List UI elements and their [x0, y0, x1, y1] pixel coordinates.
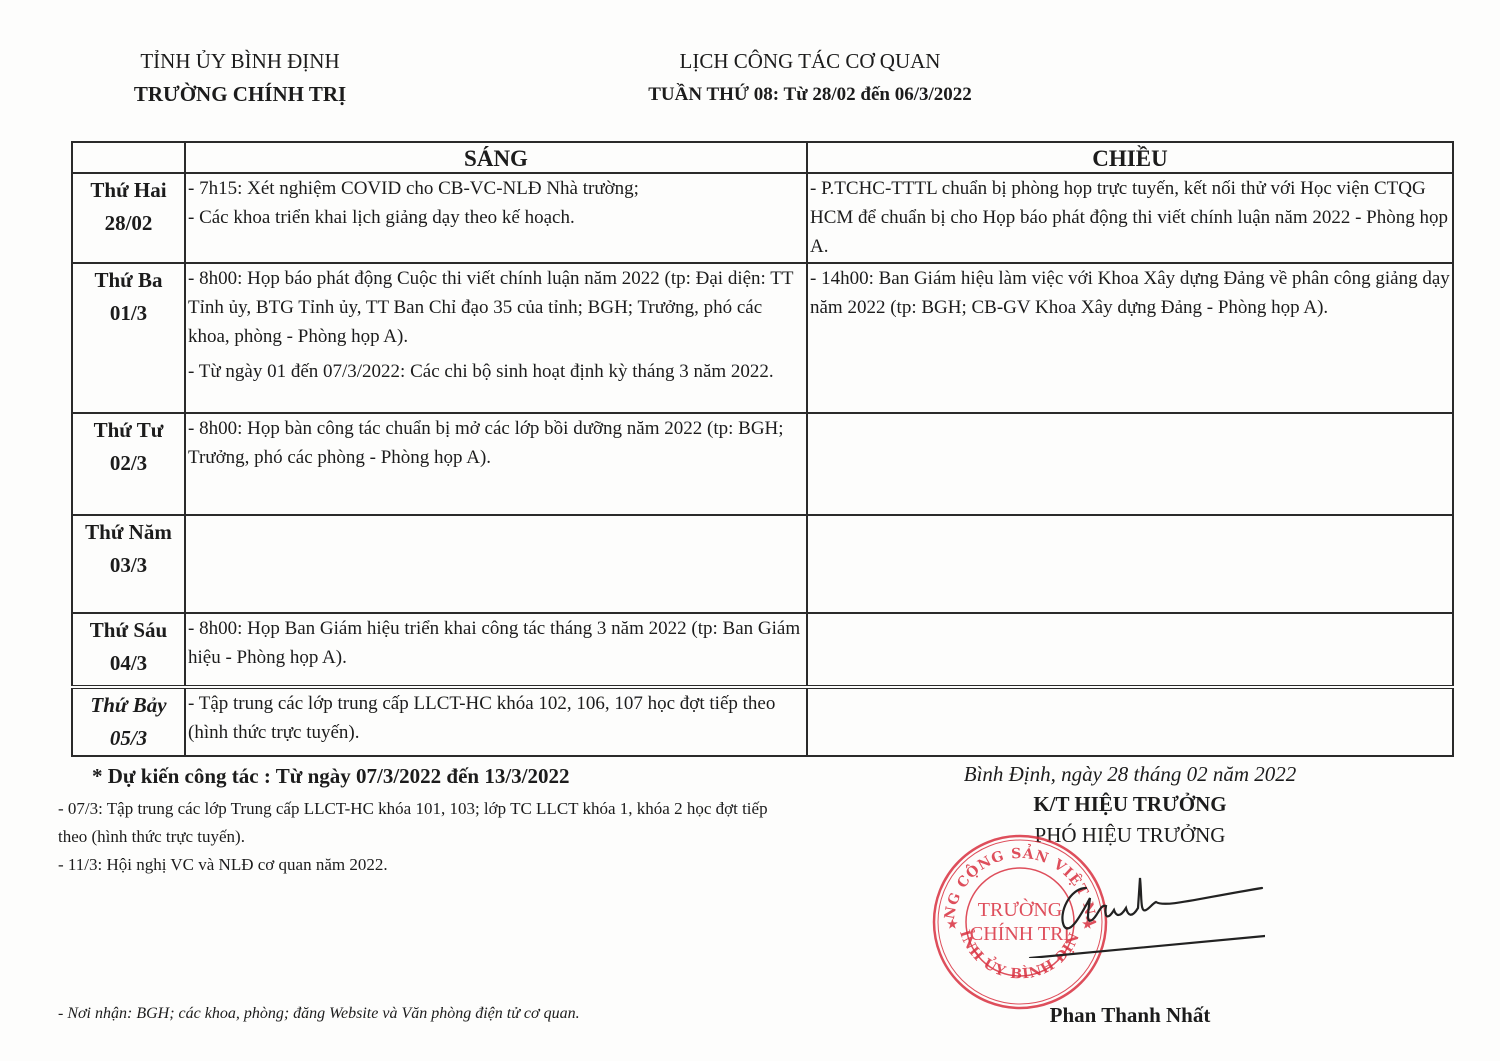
day-name: Thứ Năm — [75, 516, 182, 549]
day-date: 01/3 — [75, 297, 182, 330]
document-title-block: LỊCH CÔNG TÁC CƠ QUAN TUẦN THỨ 08: Từ 28… — [560, 45, 1060, 111]
table-row: Thứ Bảy05/3- Tập trung các lớp trung cấp… — [72, 687, 1453, 756]
morning-cell: - 7h15: Xét nghiệm COVID cho CB-VC-NLĐ N… — [185, 173, 807, 263]
day-cell: Thứ Ba01/3 — [72, 263, 185, 413]
document-subtitle: TUẦN THỨ 08: Từ 28/02 đến 06/3/2022 — [560, 78, 1060, 111]
day-name: Thứ Tư — [75, 414, 182, 447]
afternoon-cell: - P.TCHC-TTTL chuẩn bị phòng họp trực tu… — [807, 173, 1453, 263]
day-cell: Thứ Hai28/02 — [72, 173, 185, 263]
table-header-row: SÁNG CHIỀU — [72, 142, 1453, 173]
day-cell: Thứ Năm03/3 — [72, 515, 185, 613]
planned-work-list: - 07/3: Tập trung các lớp Trung cấp LLCT… — [58, 795, 798, 879]
day-name: Thứ Ba — [75, 264, 182, 297]
morning-cell — [185, 515, 807, 613]
day-cell: Thứ Sáu04/3 — [72, 613, 185, 687]
schedule-entry: - 8h00: Họp bàn công tác chuẩn bị mở các… — [188, 414, 804, 472]
afternoon-cell — [807, 613, 1453, 687]
morning-cell: - 8h00: Họp bàn công tác chuẩn bị mở các… — [185, 413, 807, 515]
svg-text:★: ★ — [947, 917, 958, 931]
table-row: Thứ Năm03/3 — [72, 515, 1453, 613]
planned-work-heading: * Dự kiến công tác : Từ ngày 07/3/2022 đ… — [92, 764, 570, 789]
day-date: 04/3 — [75, 647, 182, 680]
morning-cell: - Tập trung các lớp trung cấp LLCT-HC kh… — [185, 687, 807, 756]
table-row: Thứ Hai28/02- 7h15: Xét nghiệm COVID cho… — [72, 173, 1453, 263]
schedule-entry: - Từ ngày 01 đến 07/3/2022: Các chi bộ s… — [188, 357, 804, 386]
day-name: Thứ Bảy — [75, 689, 182, 722]
table-row: Thứ Tư02/3- 8h00: Họp bàn công tác chuẩn… — [72, 413, 1453, 515]
issuing-organization: TỈNH ỦY BÌNH ĐỊNH TRƯỜNG CHÍNH TRỊ — [90, 45, 390, 111]
schedule-entry: - 8h00: Họp Ban Giám hiệu triển khai côn… — [188, 614, 804, 672]
schedule-entry: - P.TCHC-TTTL chuẩn bị phòng họp trực tu… — [810, 174, 1450, 261]
afternoon-cell — [807, 413, 1453, 515]
table-row: Thứ Ba01/3- 8h00: Họp báo phát động Cuộc… — [72, 263, 1453, 413]
schedule-entry: - 14h00: Ban Giám hiệu làm việc với Khoa… — [810, 264, 1450, 322]
header-afternoon: CHIỀU — [807, 142, 1453, 173]
schedule-entry: - Các khoa triển khai lịch giảng dạy the… — [188, 203, 804, 232]
schedule-entry: - 8h00: Họp báo phát động Cuộc thi viết … — [188, 264, 804, 351]
day-name: Thứ Sáu — [75, 614, 182, 647]
day-name: Thứ Hai — [75, 174, 182, 207]
planned-item: - 11/3: Hội nghị VC và NLĐ cơ quan năm 2… — [58, 851, 798, 879]
table-row: Thứ Sáu04/3- 8h00: Họp Ban Giám hiệu tri… — [72, 613, 1453, 687]
day-date: 28/02 — [75, 207, 182, 240]
schedule-table: SÁNG CHIỀU Thứ Hai28/02- 7h15: Xét nghiệ… — [71, 141, 1454, 757]
day-date: 05/3 — [75, 722, 182, 755]
schedule-entry: - 7h15: Xét nghiệm COVID cho CB-VC-NLĐ N… — [188, 174, 804, 203]
afternoon-cell — [807, 515, 1453, 613]
afternoon-cell — [807, 687, 1453, 756]
recipients-note: - Nơi nhận: BGH; các khoa, phòng; đăng W… — [58, 1005, 580, 1023]
place-date: Bình Định, ngày 28 tháng 02 năm 2022 — [905, 762, 1355, 787]
day-date: 03/3 — [75, 549, 182, 582]
afternoon-cell: - 14h00: Ban Giám hiệu làm việc với Khoa… — [807, 263, 1453, 413]
org-line-1: TỈNH ỦY BÌNH ĐỊNH — [90, 45, 390, 78]
signer-name: Phan Thanh Nhất — [960, 1003, 1300, 1028]
planned-item: - 07/3: Tập trung các lớp Trung cấp LLCT… — [58, 795, 798, 851]
day-date: 02/3 — [75, 447, 182, 480]
org-line-2: TRƯỜNG CHÍNH TRỊ — [90, 78, 390, 111]
document-title: LỊCH CÔNG TÁC CƠ QUAN — [560, 45, 1060, 78]
signing-authority: K/T HIỆU TRƯỞNG — [905, 792, 1355, 817]
header-day — [72, 142, 185, 173]
day-cell: Thứ Bảy05/3 — [72, 687, 185, 756]
morning-cell: - 8h00: Họp Ban Giám hiệu triển khai côn… — [185, 613, 807, 687]
morning-cell: - 8h00: Họp báo phát động Cuộc thi viết … — [185, 263, 807, 413]
header-morning: SÁNG — [185, 142, 807, 173]
schedule-entry: - Tập trung các lớp trung cấp LLCT-HC kh… — [188, 689, 804, 747]
day-cell: Thứ Tư02/3 — [72, 413, 185, 515]
handwritten-signature-icon — [1000, 858, 1265, 958]
